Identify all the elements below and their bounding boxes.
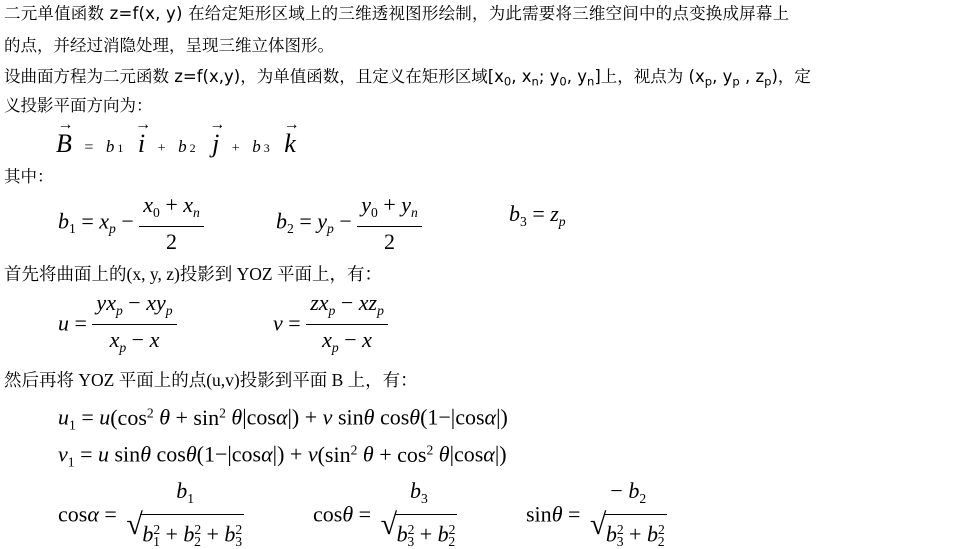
text: 设曲面方程为二元函数 z=f(x,y)，为单值函数，且定义在矩形区域[x bbox=[4, 67, 504, 86]
equation-vector-b: →B = b1 →i + b2 →j + b3 →k bbox=[56, 131, 296, 162]
text: , y bbox=[712, 67, 732, 86]
definition-line-1: 设曲面方程为二元函数 z=f(x,y)，为单值函数，且定义在矩形区域[x0, x… bbox=[4, 66, 811, 92]
equation-b3: b3 = zp bbox=[509, 201, 566, 235]
equals: = bbox=[84, 139, 93, 156]
arrow-icon: → bbox=[58, 117, 74, 133]
equation-sin-theta: sinθ = − b2√b23 + b22 bbox=[526, 478, 671, 549]
text: , x bbox=[511, 67, 531, 86]
intro-line-1: 二元单值函数 z=f(x, y) 在给定矩形区域上的三维透视图形绘制，为此需要将… bbox=[4, 3, 789, 25]
definition-line-2: 义投影平面方向为： bbox=[4, 95, 153, 117]
arrow-icon: → bbox=[284, 117, 300, 133]
step2-label: 然后再将 YOZ 平面上的点(u,v)投影到平面 B 上，有： bbox=[4, 369, 418, 391]
equation-v1: v1 = u sinθ cosθ(1−|cosα|) + v(sin2 θ + … bbox=[58, 437, 507, 475]
text: , z bbox=[740, 67, 764, 86]
subscript: p bbox=[732, 74, 739, 88]
subscript: 0 bbox=[559, 74, 566, 88]
equation-v: v = zxp − xzpxp − x bbox=[273, 290, 388, 361]
equation-u: u = yxp − xypxp − x bbox=[58, 290, 177, 361]
arrow-icon: → bbox=[135, 117, 151, 133]
intro-line-2: 的点，并经过消隐处理，呈现三维立体图形。 bbox=[4, 35, 334, 57]
equation-b1: b1 = xp − x0 + xn2 bbox=[58, 192, 204, 255]
step1-label: 首先将曲面上的(x, y, z)投影到 YOZ 平面上，有： bbox=[4, 263, 382, 285]
equation-b2: b2 = yp − y0 + yn2 bbox=[276, 192, 422, 255]
text: , y bbox=[567, 67, 587, 86]
equation-u1: u1 = u(cos2 θ + sin2 θ|cosα|) + v sinθ c… bbox=[58, 400, 508, 438]
equation-cos-theta: cosθ = b3√b23 + b22 bbox=[313, 478, 461, 549]
text: ]上，视点为 (x bbox=[594, 67, 704, 86]
vector-k: →k bbox=[284, 131, 296, 157]
where-label: 其中： bbox=[4, 166, 54, 188]
equation-cos-alpha: cosα = b1√b21 + b22 + b23 bbox=[58, 478, 248, 549]
arrow-icon: → bbox=[209, 117, 225, 133]
subscript: n bbox=[532, 74, 539, 88]
sqrt-icon: √ bbox=[590, 510, 606, 540]
sqrt-icon: √ bbox=[381, 510, 397, 540]
vector-j: →j bbox=[212, 131, 219, 157]
text: ; y bbox=[539, 67, 560, 86]
sqrt-icon: √ bbox=[126, 510, 142, 540]
text: )，定 bbox=[771, 67, 810, 86]
vector-B: →B bbox=[56, 131, 72, 157]
subscript: p bbox=[705, 74, 712, 88]
vector-i: →i bbox=[138, 131, 145, 157]
